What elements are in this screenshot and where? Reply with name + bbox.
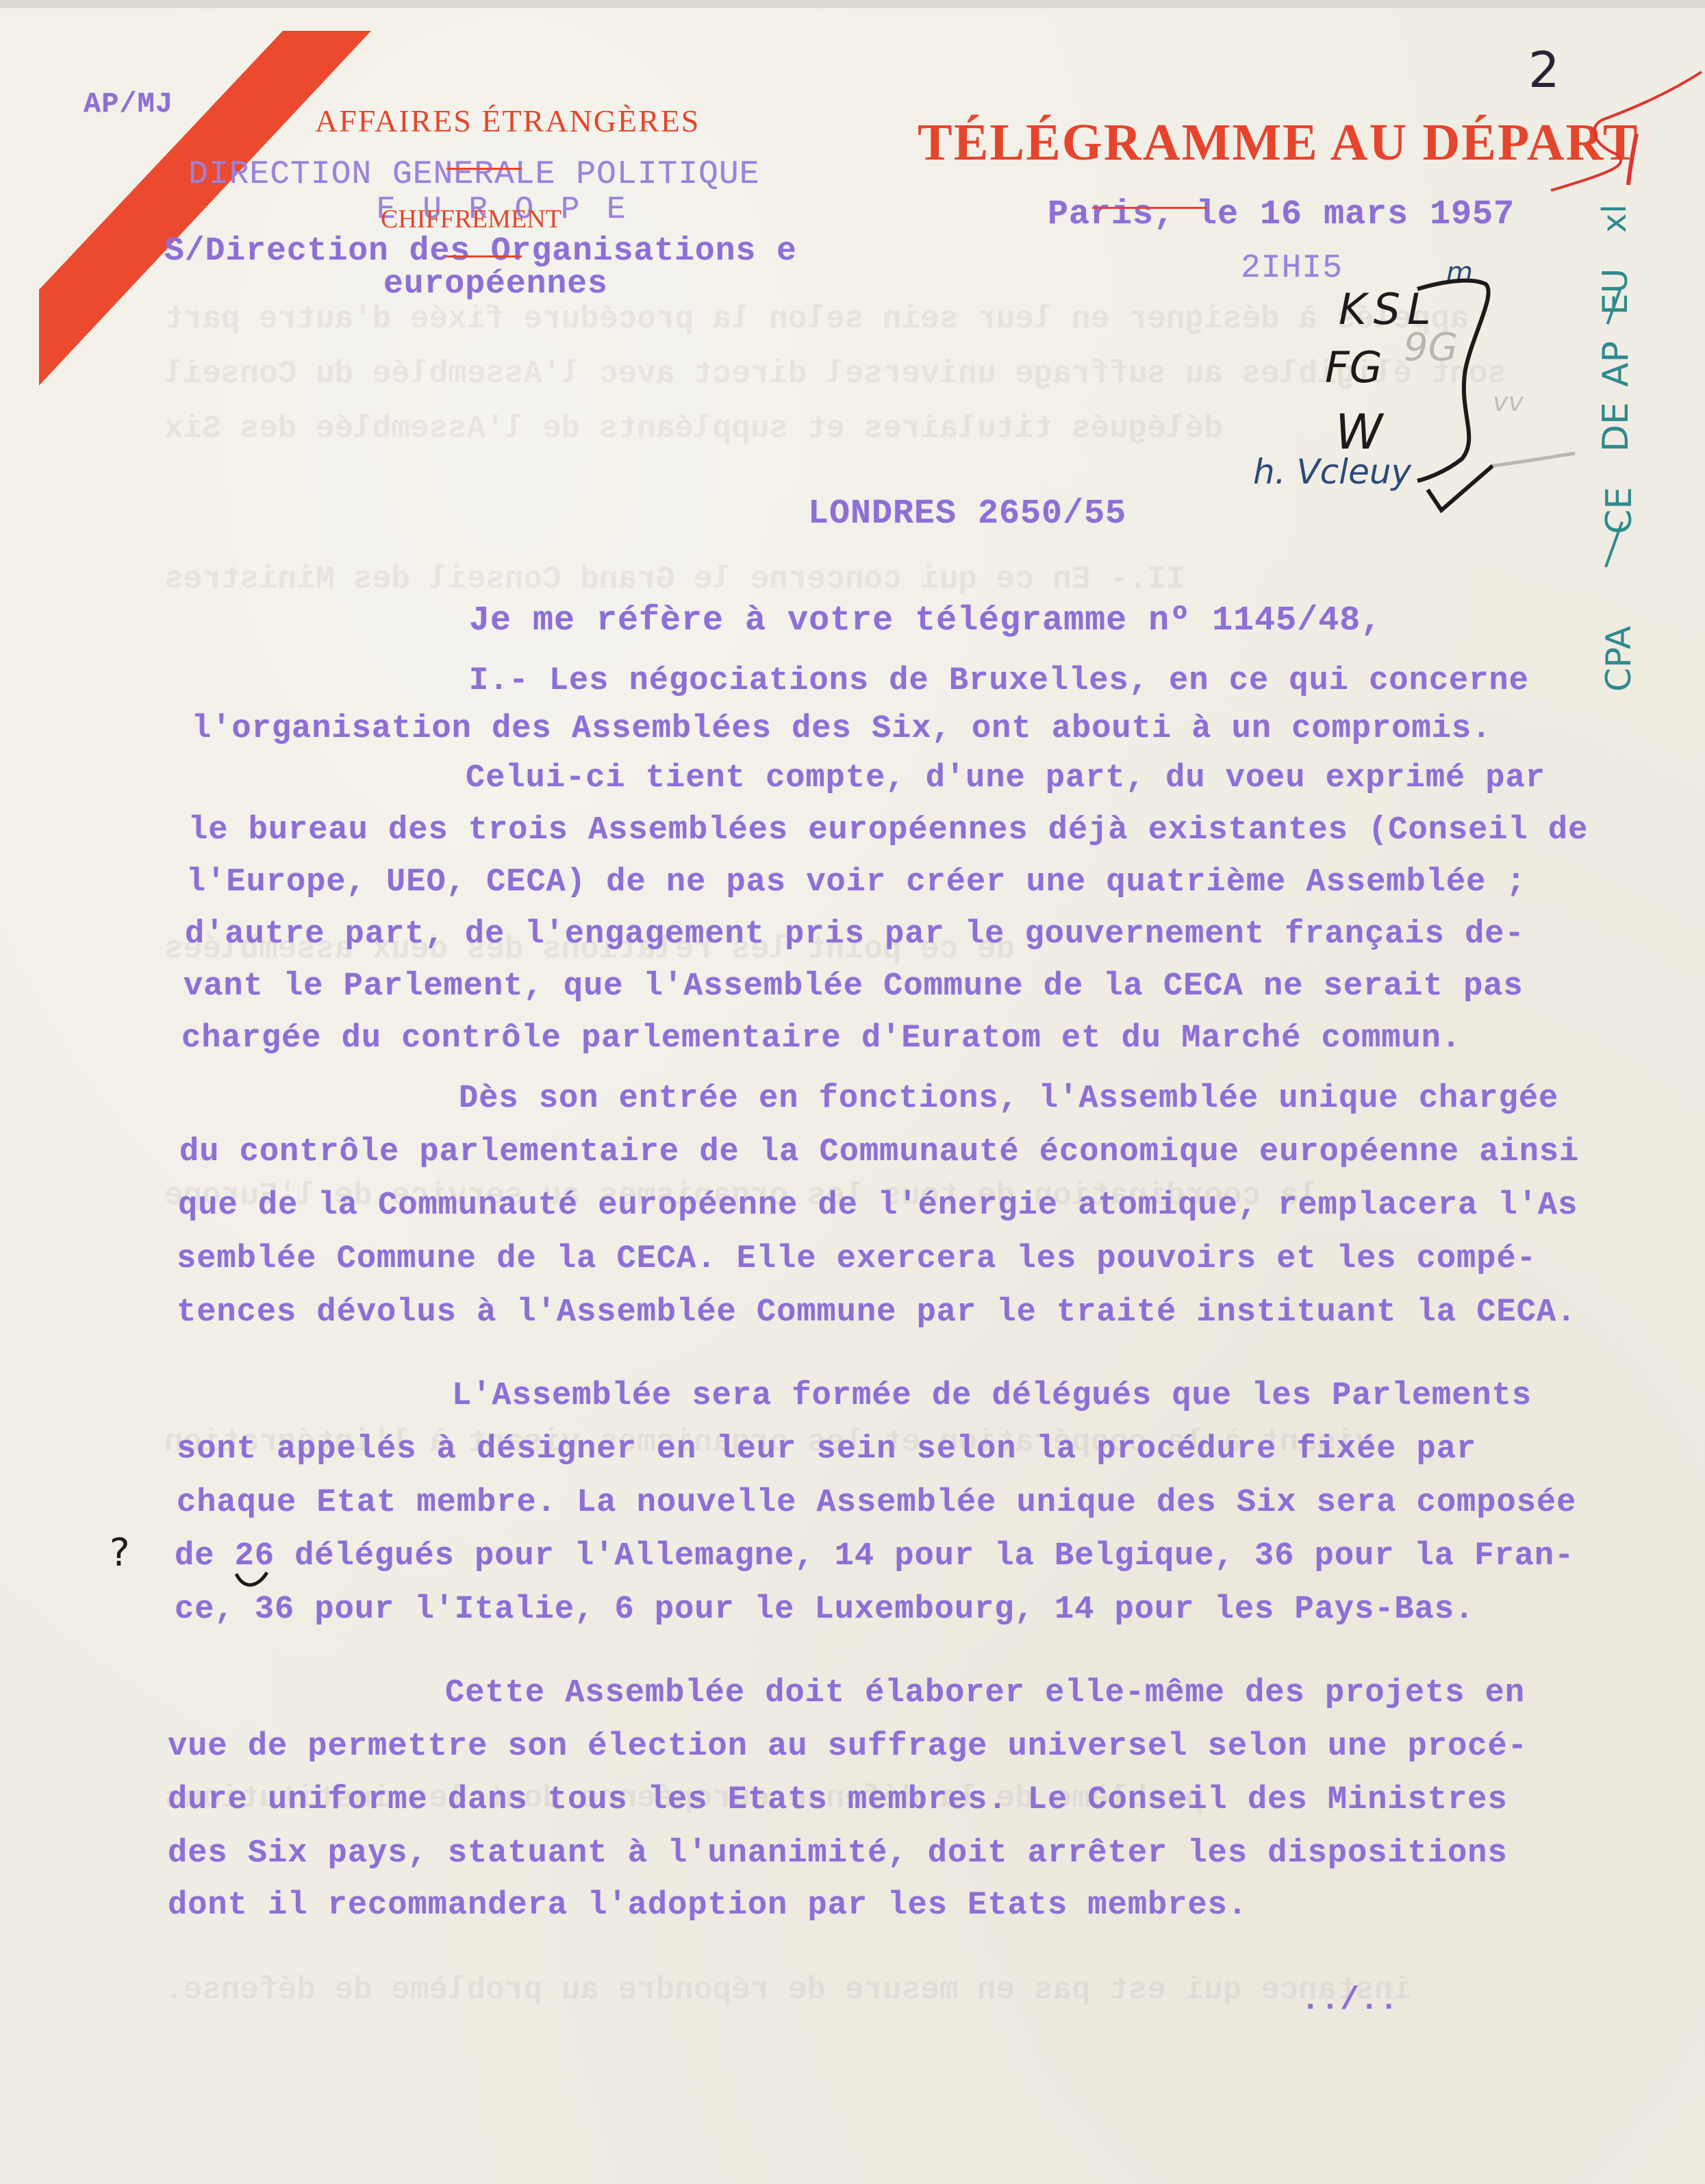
- margin-question-mark: ?: [110, 1531, 130, 1575]
- body-line: chargée du contrôle parlementaire d'Eura…: [181, 1020, 1461, 1057]
- addressee: LONDRES 2650/55: [808, 494, 1126, 534]
- body-line: de 26 délégués pour l'Allemagne, 14 pour…: [175, 1538, 1574, 1574]
- body-line: Celui-ci tient compte, d'une part, du vo…: [466, 760, 1545, 796]
- body-line: semblée Commune de la CECA. Elle exercer…: [177, 1241, 1537, 1277]
- body-line: Dès son entrée en fonctions, l'Assemblée…: [459, 1081, 1558, 1117]
- body-line: l'organisation des Assemblées des Six, o…: [192, 711, 1491, 747]
- body-line: Cette Assemblée doit élaborer elle-même …: [445, 1675, 1525, 1711]
- continuation-mark: ../..: [1301, 1983, 1399, 2018]
- distribution-de: DE: [1595, 402, 1637, 452]
- body-line: I.- Les négociations de Bruxelles, en ce…: [469, 663, 1529, 699]
- sub-direction-line2: européennes: [383, 266, 608, 303]
- dispatch-time: 2IHI5: [1241, 250, 1343, 287]
- body-line: dure uniforme dans tous les Etats membre…: [168, 1782, 1508, 1818]
- distribution-cpa: CPA: [1599, 626, 1639, 692]
- red-rule-lower: [446, 255, 522, 258]
- body-line: des Six pays, statuant à l'unanimité, do…: [168, 1835, 1508, 1872]
- body-line: tences dévolus à l'Assemblée Commune par…: [177, 1294, 1576, 1331]
- ministry-name: AFFAIRES ÉTRANGÈRES: [315, 103, 700, 139]
- red-rule-upper: [446, 168, 522, 170]
- place-date: Paris, le 16 mars 1957: [1048, 195, 1515, 234]
- date-strike: [1092, 207, 1207, 209]
- body-line: l'Europe, UEO, CECA) de ne pas voir crée…: [186, 864, 1526, 901]
- telegram-title: TÉLÉGRAMME AU DÉPART: [918, 113, 1639, 173]
- initials-fg: FG: [1325, 342, 1382, 392]
- body-line: vue de permettre son élection au suffrag…: [168, 1729, 1528, 1765]
- reference-line: Je me réfère à votre télégramme nº 1145/…: [469, 601, 1382, 640]
- handwritten-underline-26: [233, 1568, 274, 1596]
- body-line: d'autre part, de l'engagement pris par l…: [185, 916, 1525, 953]
- body-line: vant le Parlement, que l'Assemblée Commu…: [184, 968, 1524, 1005]
- bracket-checkmark: [1404, 274, 1582, 520]
- distribution-xl: xl: [1595, 204, 1634, 233]
- body-line: que de la Communauté européenne de l'éne…: [178, 1188, 1578, 1224]
- distribution-eu: EU: [1595, 268, 1635, 315]
- sub-direction-line1: S/Direction des Organisations e: [164, 233, 797, 270]
- body-line: sont appelés à désigner en leur sein sel…: [177, 1431, 1476, 1468]
- body-line: ce, 36 pour l'Italie, 6 pour le Luxembou…: [175, 1592, 1474, 1628]
- distribution-ap: AP: [1595, 341, 1637, 387]
- cipher-service: CHIFFREMENT: [381, 204, 561, 234]
- direction-header: DIRECTION GENERALE POLITIQUE: [188, 156, 760, 193]
- reference-initials: AP/MJ: [84, 88, 173, 121]
- body-line: chaque Etat membre. La nouvelle Assemblé…: [177, 1485, 1576, 1521]
- body-line: le bureau des trois Assemblées européenn…: [188, 812, 1588, 849]
- body-line: dont il recommandera l'adoption par les …: [168, 1887, 1248, 1924]
- paper-top-edge: [0, 0, 1705, 8]
- body-line: L'Assemblée sera formée de délégués que …: [452, 1378, 1532, 1414]
- body-line: du contrôle parlementaire de la Communau…: [179, 1134, 1579, 1170]
- blue-signature: h. Vcleuy: [1253, 452, 1411, 492]
